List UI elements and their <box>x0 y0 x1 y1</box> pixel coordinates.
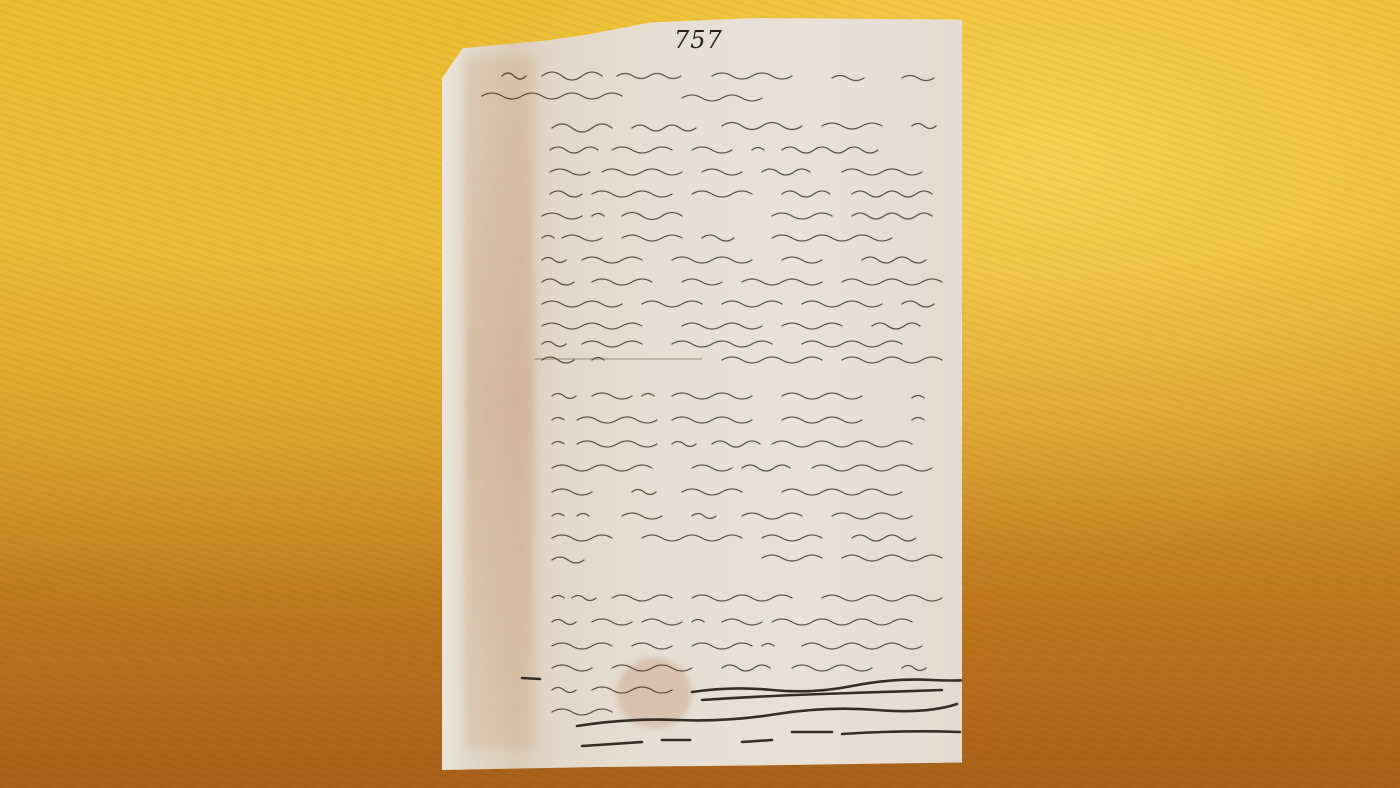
golden-background: 757 <box>0 0 1400 788</box>
manuscript-page: 757 <box>442 18 962 770</box>
handwritten-text <box>442 18 962 770</box>
